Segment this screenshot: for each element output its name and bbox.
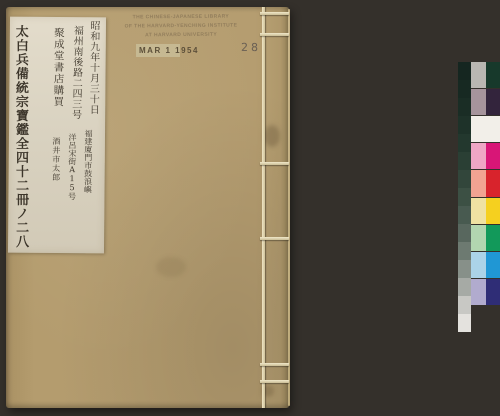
label-small-line-2: 洋呂宋街A15号 bbox=[66, 133, 78, 200]
stamp-line-3: AT HARVARD UNIVERSITY bbox=[118, 30, 244, 40]
binding-stitch bbox=[260, 363, 289, 366]
color-patch bbox=[471, 116, 486, 142]
color-patch bbox=[471, 143, 486, 169]
color-patch bbox=[458, 296, 471, 314]
color-patch bbox=[458, 62, 471, 80]
binding-stitch bbox=[260, 12, 289, 15]
color-patch bbox=[458, 278, 471, 296]
handwritten-title-label: 太白兵備統宗寶鑑全四十二冊ノ二八 昭和九年十月三十日 福州南後路二四三号 聚成堂… bbox=[8, 17, 106, 254]
volume-number-stamp: 28 bbox=[241, 41, 261, 54]
color-patch bbox=[486, 225, 500, 251]
color-patch bbox=[471, 198, 486, 224]
binding-stitch bbox=[260, 162, 289, 165]
color-patch bbox=[471, 170, 486, 196]
color-patch bbox=[458, 260, 471, 278]
label-shop: 聚成堂書店購買 bbox=[51, 27, 67, 108]
color-patch bbox=[486, 143, 500, 169]
color-patch bbox=[486, 170, 500, 196]
color-patch bbox=[458, 80, 471, 98]
color-patch bbox=[486, 252, 500, 278]
color-patch bbox=[458, 116, 471, 134]
grayscale-step-wedge bbox=[458, 62, 471, 332]
cover-stain bbox=[156, 257, 186, 277]
pastel-patch-column bbox=[471, 62, 486, 305]
color-patch bbox=[471, 279, 486, 305]
color-patch bbox=[486, 62, 500, 88]
color-patch bbox=[458, 134, 471, 152]
label-title-text: 太白兵備統宗寶鑑全四十二冊ノ二八 bbox=[11, 25, 30, 249]
binding-stitch bbox=[260, 237, 289, 240]
label-purchase-date: 昭和九年十月三十日 bbox=[85, 20, 101, 115]
accession-date-stamp: MAR 1 1954 bbox=[139, 46, 199, 55]
color-patch bbox=[458, 98, 471, 116]
color-patch bbox=[458, 206, 471, 224]
binding-thread-vertical bbox=[262, 7, 265, 408]
saturated-patch-column bbox=[486, 62, 500, 305]
binding-stitch bbox=[260, 33, 289, 36]
color-patch bbox=[458, 242, 471, 260]
color-patch bbox=[486, 198, 500, 224]
color-patch bbox=[471, 225, 486, 251]
color-patch bbox=[471, 89, 486, 115]
color-patch bbox=[471, 62, 486, 88]
color-patch bbox=[458, 224, 471, 242]
color-patch bbox=[486, 116, 500, 142]
color-patch bbox=[458, 170, 471, 188]
color-calibration-bar bbox=[458, 62, 500, 332]
color-patch bbox=[458, 314, 471, 332]
color-patch bbox=[486, 279, 500, 305]
binding-stitch bbox=[260, 380, 289, 383]
label-small-line-1: 福建廈門市鼓浪嶼 bbox=[82, 129, 94, 193]
label-address: 福州南後路二四三号 bbox=[67, 25, 84, 120]
digitized-book-photo: 太白兵備統宗寶鑑全四十二冊ノ二八 昭和九年十月三十日 福州南後路二四三号 聚成堂… bbox=[0, 0, 500, 416]
label-small-line-3: 酒井市太郎 bbox=[51, 137, 62, 182]
spine-strip bbox=[262, 7, 289, 408]
color-patch bbox=[458, 188, 471, 206]
color-patch bbox=[486, 89, 500, 115]
color-patch bbox=[471, 252, 486, 278]
library-ownership-stamp: THE CHINESE-JAPANESE LIBRARY OF THE HARV… bbox=[118, 12, 244, 40]
color-patch bbox=[458, 152, 471, 170]
